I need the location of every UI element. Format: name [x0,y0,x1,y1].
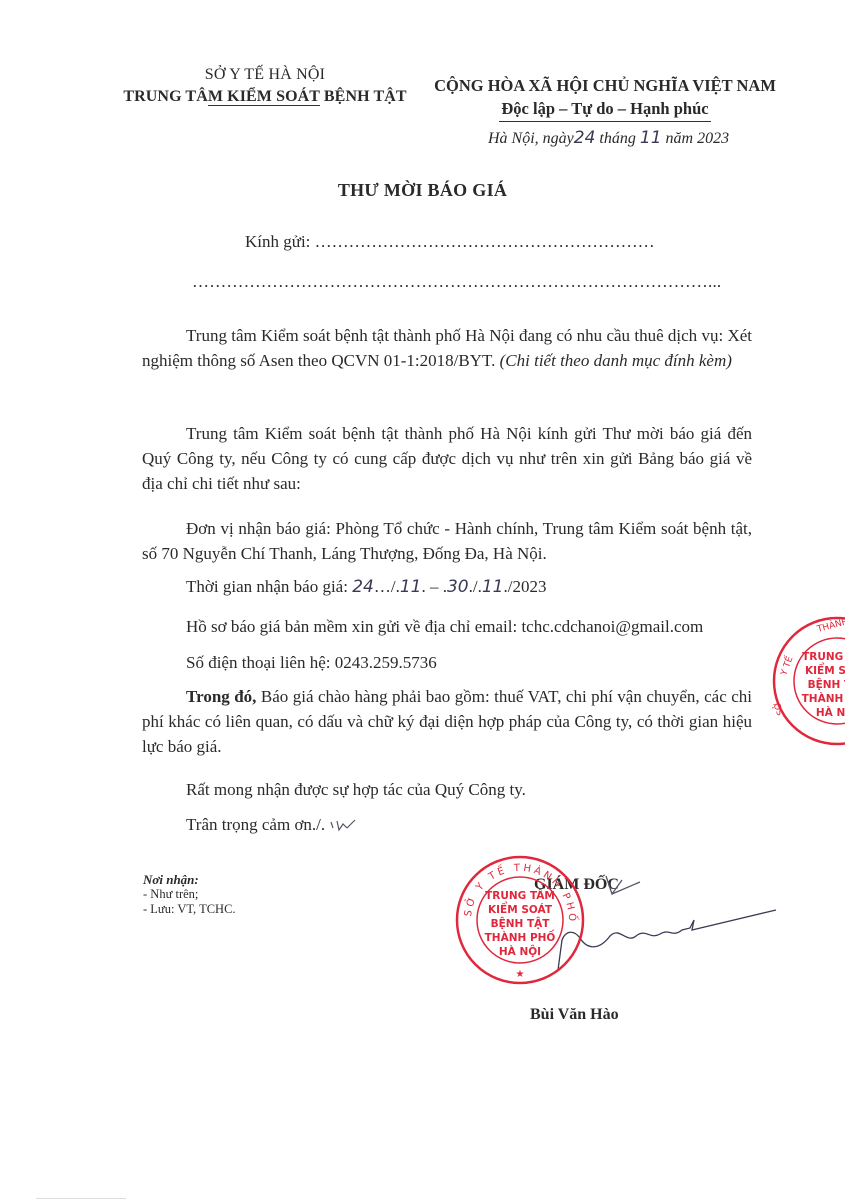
paragraph-receiving-unit: Đơn vị nhận báo giá: Phòng Tổ chức - Hàn… [142,516,752,566]
issuer-org-part: TRUNG TÂ [123,88,208,105]
svg-text:HÀ NỘI: HÀ NỘI [816,706,845,719]
date-month-handwritten: 11 [640,128,662,148]
initials-check-icon [598,872,648,900]
date-prefix: Hà Nội, ngày [488,130,574,147]
issuer-org-part: BỆNH TẬT [320,88,407,105]
closing-line-2: Trân trọng cảm ơn./. [186,815,357,835]
to-day-handwritten: 30 [447,577,469,597]
paragraph-text: Đơn vị nhận báo giá: Phòng Tổ chức - Hàn… [142,519,752,563]
date-year: năm 2023 [662,130,730,147]
date-month-label: tháng [595,130,639,147]
quote-time-label: Thời gian nhận báo giá: [186,577,352,596]
svg-text:SỞ: SỞ [771,700,787,717]
svg-text:THÀNH PHỐ: THÀNH PHỐ [802,690,845,705]
issuer-parent-org: SỞ Y TẾ HÀ NỘI [100,64,430,86]
recipient-blank-2: ………………………………………………………………………………... [192,272,721,292]
quote-time-line: Thời gian nhận báo giá: 24…/.11. – .30./… [186,577,546,597]
to-month-handwritten: 11 [482,577,504,597]
paragraph-requirements: Trong đó, Báo giá chào hàng phải bao gồm… [142,684,752,759]
paragraph-lead: Trong đó, [186,687,256,706]
signer-name: Bùi Văn Hào [530,1006,619,1024]
issuer-org: TRUNG TÂM KIỂM SOÁT BỆNH TẬT [100,86,430,108]
document-title: THƯ MỜI BÁO GIÁ [0,180,845,201]
from-month-handwritten: 11 [400,577,422,597]
svg-text:★: ★ [516,969,525,980]
initials-mark-icon [329,818,357,834]
partial-stamp-icon: TRUNG TÂM KIỂM SOÁT BỆNH TẬT THÀNH PHỐ H… [770,614,845,748]
phone-line: Số điện thoại liên hệ: 0243.259.5736 [186,653,437,673]
issuer-org-underlined: M KIỂM SOÁT [208,88,320,106]
issuer-header: SỞ Y TẾ HÀ NỘI TRUNG TÂM KIỂM SOÁT BỆNH … [100,64,430,108]
from-day-handwritten: 24 [352,577,374,597]
document-date: Hà Nội, ngày24 tháng 11 năm 2023 [488,128,729,148]
svg-text:BỆNH TẬT: BỆNH TẬT [808,678,845,691]
scan-edge-line [36,1198,126,1199]
signature-scribble [540,900,780,980]
national-header: CỘNG HÒA XÃ HỘI CHỦ NGHĨA VIỆT NAM Độc l… [420,74,790,122]
recipients-heading: Nơi nhận: [143,872,236,887]
svg-text:KIỂM SOÁT: KIỂM SOÁT [805,662,845,677]
national-title: CỘNG HÒA XÃ HỘI CHỦ NGHĨA VIỆT NAM [420,74,790,97]
date-day-handwritten: 24 [574,128,596,148]
recipients-block: Nơi nhận: - Như trên; - Lưu: VT, TCHC. [143,872,236,917]
closing-text: Trân trọng cảm ơn./. [186,815,325,834]
svg-text:TRUNG TÂM: TRUNG TÂM [802,650,845,663]
svg-text:Y TẾ: Y TẾ [777,654,795,678]
email-line: Hồ sơ báo giá bản mềm xin gửi về địa chỉ… [186,617,703,637]
national-motto: Độc lập – Tự do – Hạnh phúc [499,97,710,122]
quote-year: 2023 [512,577,546,596]
recipient-item: - Lưu: VT, TCHC. [143,902,236,917]
svg-text:THÀNH: THÀNH [815,615,845,635]
paragraph-service-need: Trung tâm Kiểm soát bệnh tật thành phố H… [142,323,752,373]
paragraph-note: (Chi tiết theo danh mục đính kèm) [500,351,732,370]
paragraph-text: Trung tâm Kiểm soát bệnh tật thành phố H… [142,424,752,493]
recipient-label: Kính gửi: [245,232,315,251]
recipient-line: Kính gửi: …………………………………………………… [245,232,655,252]
recipient-item: - Như trên; [143,887,236,902]
recipient-blank: …………………………………………………… [315,232,655,251]
svg-text:HÀ NỘI: HÀ NỘI [499,945,541,958]
closing-line-1: Rất mong nhận được sự hợp tác của Quý Cô… [186,780,526,800]
paragraph-invitation: Trung tâm Kiểm soát bệnh tật thành phố H… [142,421,752,496]
